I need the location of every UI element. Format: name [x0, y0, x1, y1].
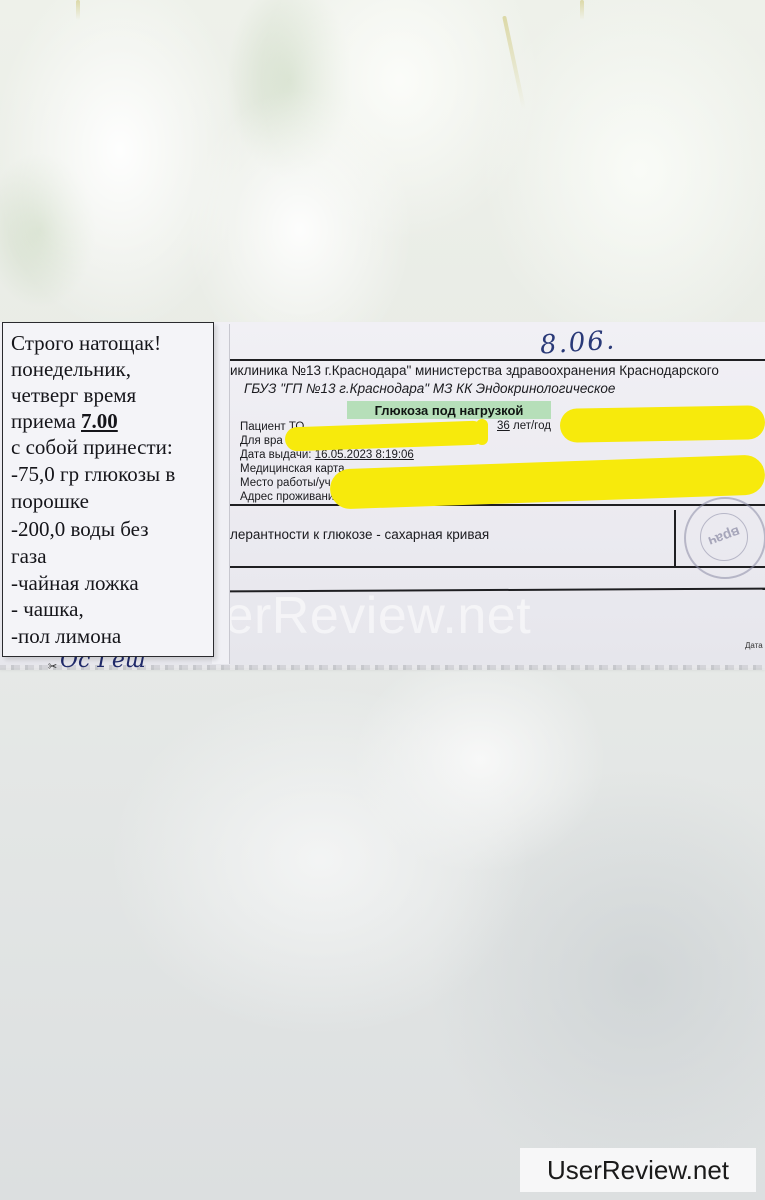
- issue-date-field: Дата выдачи: 16.05.2023 8:19:06: [240, 449, 414, 461]
- scissors-icon: ✂: [48, 660, 57, 673]
- redaction-patient-tail: [476, 419, 488, 445]
- note-line: с собой принести:: [11, 437, 173, 458]
- stamp-text: врач: [706, 524, 742, 550]
- note-line: -75,0 гр глюкозы в: [11, 464, 175, 485]
- watermark-footer: UserReview.net: [520, 1148, 756, 1192]
- header-rule: [228, 359, 765, 361]
- section-rule: [228, 504, 765, 506]
- purpose-rule: [228, 566, 765, 568]
- lily-stamen: [580, 0, 584, 20]
- age-unit: лет/год: [513, 420, 551, 432]
- clinic-stamp: врач: [684, 497, 765, 579]
- department-line: ГБУЗ "ГП №13 г.Краснодара" МЗ КК Эндокри…: [244, 381, 615, 396]
- note-line: - чашка,: [11, 599, 84, 620]
- doctor-field: Для вра: [240, 435, 283, 447]
- test-purpose: лерантности к глюкозе - сахарная кривая: [230, 527, 489, 542]
- address-field: Адрес проживания:: [240, 491, 344, 503]
- note-backing-strip: [212, 324, 230, 664]
- note-line: порошке: [11, 491, 89, 512]
- clinic-name-line: иклиника №13 г.Краснодара" министерства …: [230, 363, 719, 378]
- issue-date-value: 16.05.2023 8:19:06: [315, 449, 414, 461]
- workplace-field: Место работы/уч: [240, 477, 331, 489]
- handwritten-date: 8.06.: [539, 325, 617, 360]
- note-line: -200,0 воды без: [11, 519, 148, 540]
- note-line: понедельник,: [11, 359, 131, 380]
- redaction-top-right: [560, 405, 765, 443]
- note-line: четверг время: [11, 385, 136, 406]
- note-line: -пол лимона: [11, 626, 121, 647]
- medical-card-field: Медицинская карта: [240, 463, 345, 475]
- note-time-value: 7.00: [81, 409, 118, 433]
- instruction-note: Строго натощак! понедельник, четверг вре…: [2, 322, 214, 657]
- lily-stamen: [76, 0, 80, 20]
- date-label: Дата: [745, 641, 763, 650]
- note-line-time: приема 7.00: [11, 411, 118, 432]
- note-line: Строго натощак!: [11, 333, 161, 354]
- test-name-badge: Глюкоза под нагрузкой: [347, 401, 551, 419]
- stamp-divider: [674, 510, 676, 568]
- note-line: газа: [11, 546, 47, 567]
- age-value: 36: [497, 420, 510, 432]
- note-line: -чайная ложка: [11, 573, 139, 594]
- note-time-label: приема: [11, 409, 81, 433]
- patient-age: 36 лет/год: [497, 420, 551, 432]
